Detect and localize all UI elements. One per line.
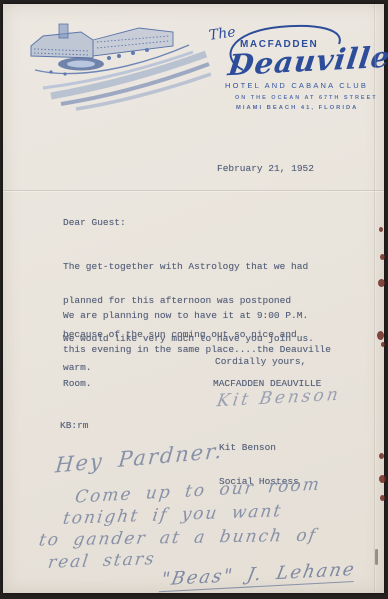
- edge-crease: [374, 4, 375, 593]
- date-line: February 21, 1952: [217, 163, 314, 174]
- edge-smudge: [375, 549, 378, 565]
- logo-address-line1: ON THE OCEAN AT 67TH STREET: [235, 95, 378, 101]
- stain-spot: [379, 453, 384, 459]
- fold-crease: [3, 190, 384, 191]
- letter-photo: { "letterhead": { "the": "The", "brand":…: [0, 0, 388, 599]
- stain-spot: [380, 495, 385, 501]
- letter-paper: The MACFADDEN Deauville HOTEL AND CABANA…: [3, 4, 384, 593]
- stain-spot: [378, 279, 385, 287]
- letterhead-logo: The MACFADDEN Deauville HOTEL AND CABANA…: [203, 18, 383, 113]
- logo-subtitle: HOTEL AND CABANA CLUB: [225, 81, 368, 90]
- paragraph-2-line2: this evening in the same place....the De…: [63, 344, 331, 355]
- logo-address-line2: MIAMI BEACH 41, FLORIDA: [236, 105, 358, 111]
- signer-name: Kit Benson: [219, 442, 299, 453]
- paragraph-2-line1: We are planning now to have it at 9:00 P…: [63, 310, 331, 321]
- paragraph-3: We would like very much to have you join…: [63, 333, 314, 344]
- closing-line: Cordially yours,: [215, 356, 306, 367]
- stain-spot: [379, 227, 383, 232]
- typist-initials: KB:rm: [60, 420, 89, 431]
- stain-spot: [377, 331, 384, 340]
- paragraph-1-line1: The get-together with Astrology that we …: [63, 261, 308, 272]
- salutation: Dear Guest:: [63, 217, 126, 228]
- note-line5: real stars: [47, 549, 157, 573]
- note-signature: "Beas" J. Lehane: [159, 559, 358, 592]
- stain-spot: [381, 342, 385, 347]
- note-line1: Hey Pardner.: [54, 439, 224, 478]
- hotel-beach-illustration: [21, 12, 211, 114]
- note-line4: to gander at a bunch of: [37, 526, 318, 551]
- stain-spot: [380, 254, 385, 260]
- stain-spot: [379, 475, 386, 483]
